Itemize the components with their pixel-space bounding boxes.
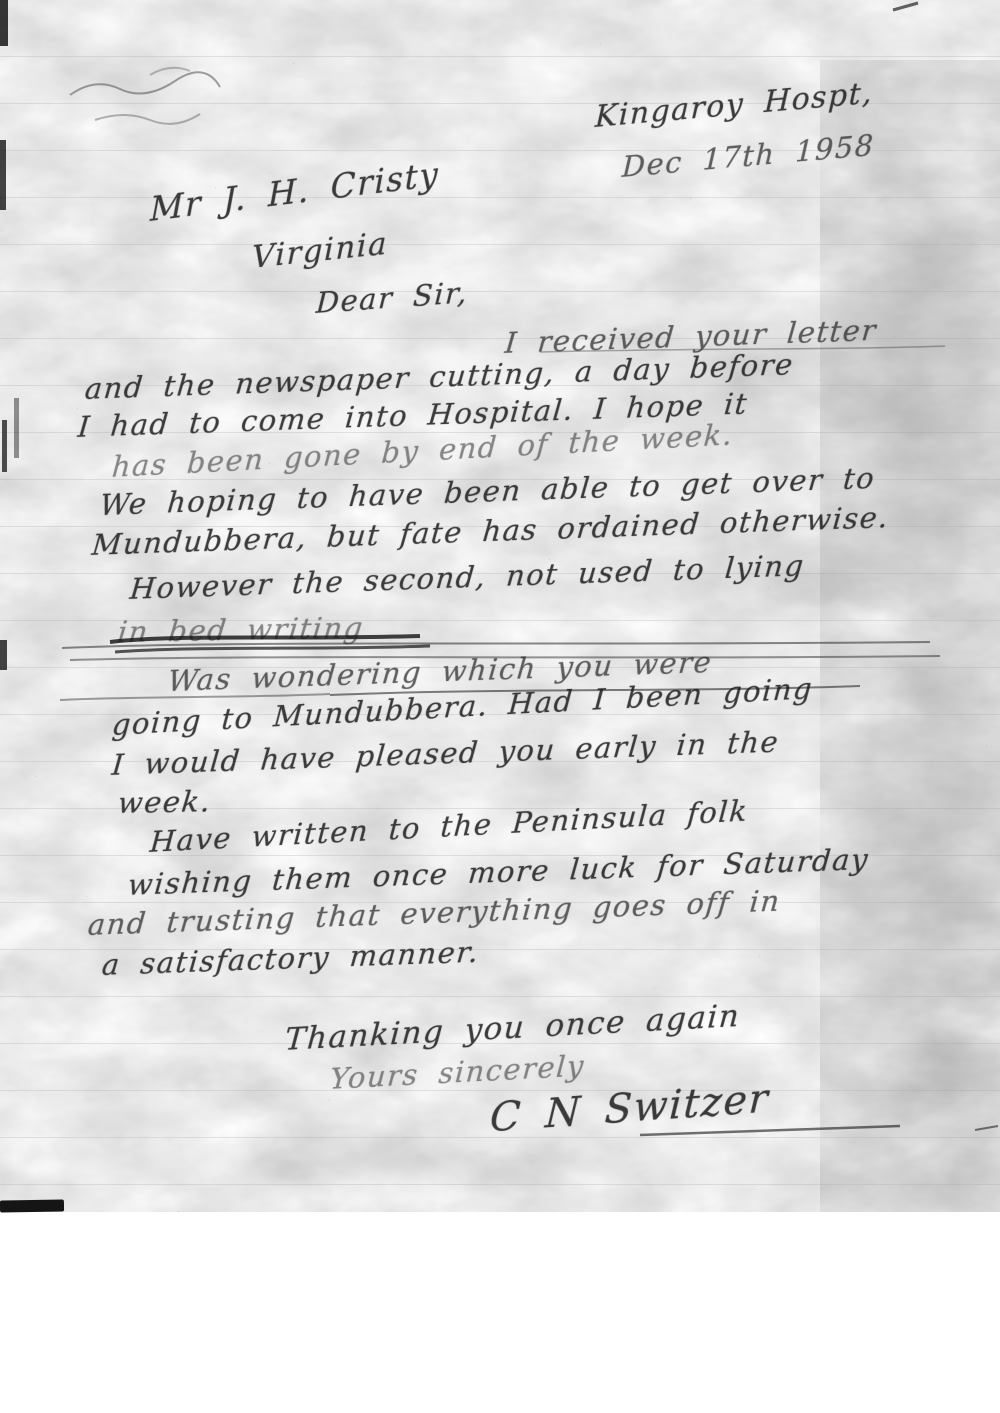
edge-mark [0,640,7,670]
edge-mark [0,0,8,46]
edge-mark [14,398,19,458]
letter-line: week. [116,784,213,820]
edge-mark [2,420,7,472]
bottom-scan-bar [0,1199,64,1212]
letter-line-crossed-out: in bed writing [116,611,365,649]
scanned-letter-page: Kingaroy Hospt, Dec 17th 1958 Mr J. H. C… [0,0,1000,1413]
edge-mark [0,140,6,210]
